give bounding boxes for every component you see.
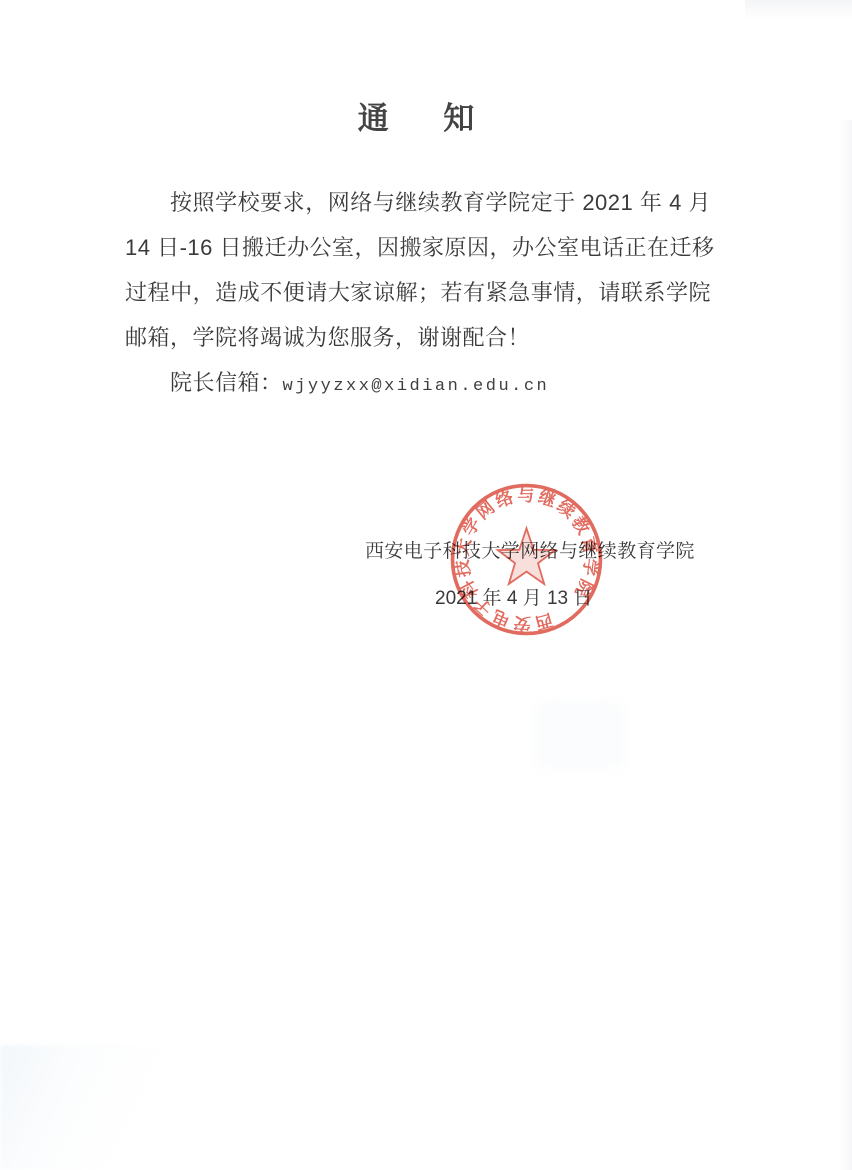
official-seal: 西安电子科技大学网络与继续教育学院 — [448, 481, 605, 638]
scan-artifact — [535, 700, 625, 770]
body-line: 14 日-16 日搬迁办公室，因搬家原因，办公室电话正在迁移 — [125, 225, 711, 270]
contact-line: 院长信箱：wjyyzxx@xidian.edu.cn — [125, 360, 711, 409]
seal-star-icon — [498, 528, 555, 584]
scan-artifact — [0, 1045, 175, 1170]
notice-title: 通 知 — [0, 93, 843, 138]
contact-email: wjyyzxx@xidian.edu.cn — [283, 377, 550, 396]
contact-label: 院长信箱： — [170, 370, 283, 395]
notice-document: 通 知 按照学校要求，网络与继续教育学院定于 2021 年 4 月 14 日-1… — [0, 0, 852, 1170]
body-line: 过程中，造成不便请大家谅解；若有紧急事情，请联系学院 — [125, 270, 711, 315]
notice-body: 按照学校要求，网络与继续教育学院定于 2021 年 4 月 14 日-16 日搬… — [125, 180, 711, 409]
scan-artifact — [840, 120, 852, 1170]
body-line: 邮箱，学院将竭诚为您服务，谢谢配合！ — [125, 315, 711, 360]
scan-artifact — [745, 0, 852, 20]
body-line: 按照学校要求，网络与继续教育学院定于 2021 年 4 月 — [125, 180, 711, 225]
